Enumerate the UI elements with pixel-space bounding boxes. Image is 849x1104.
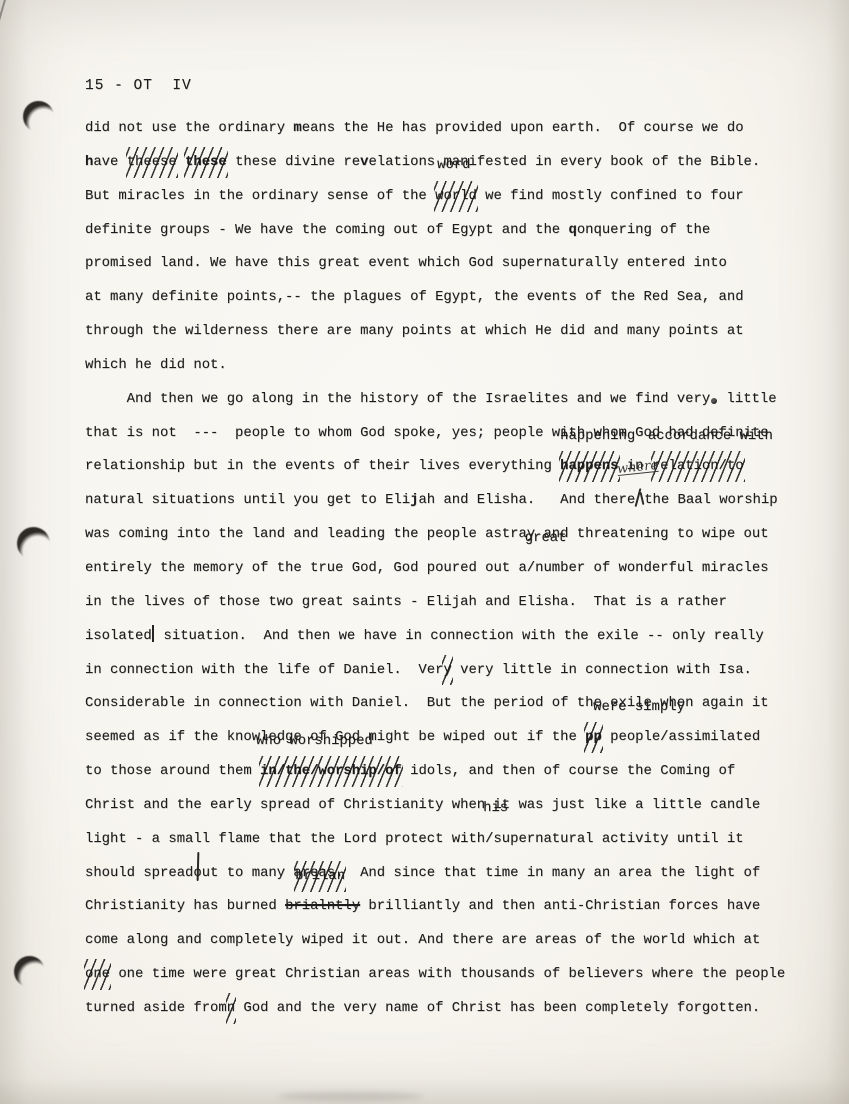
text-line: definite groups - We have the coming out…	[85, 214, 825, 248]
punch-hole	[23, 101, 54, 132]
text-line: Christ and the early spread of Christian…	[85, 789, 825, 823]
insertion-text: were simply	[593, 691, 685, 725]
text-segment: through the wilderness there are many po…	[85, 323, 744, 339]
text-segment: isolated	[85, 628, 152, 644]
text-segment: idols, and then of course the Coming of	[402, 763, 735, 779]
text-line: come along and completely wiped it out. …	[85, 924, 825, 958]
text-line: Christianity has burned brilanbrialntly …	[85, 890, 825, 924]
struck-out-text: world	[435, 180, 477, 214]
struck-out-text: happens	[560, 450, 618, 484]
typed-text-body: did not use the ordinary means the He ha…	[85, 112, 825, 1026]
text-line: which he did not.	[85, 349, 825, 383]
text-segment: people/assimilated	[602, 729, 760, 745]
punch-hole	[15, 525, 52, 562]
text-segment: in the lives of those two great saints -…	[85, 594, 727, 610]
insertion-text: brilan	[295, 860, 345, 894]
text-segment: natural situations until you get to Eli	[85, 492, 410, 508]
insertion-text: who worshipped	[256, 725, 373, 759]
insertion-text: accordance with	[648, 420, 773, 454]
text-segment: And then we go along in the history of t…	[85, 391, 710, 407]
text-segment: Christianity has burned	[85, 898, 285, 914]
text-line: natural situations until you get to Elij…	[85, 484, 825, 518]
text-segment: one time were great Christian areas with…	[110, 966, 785, 982]
struck-out-text: one	[85, 958, 110, 992]
text-line: turned aside fromn God and the very name…	[85, 992, 825, 1026]
text-segment: ave	[93, 154, 126, 170]
overtyped-text: m	[293, 120, 301, 136]
scan-smudge	[278, 1092, 423, 1101]
text-segment: did not use the ordinary	[85, 120, 293, 136]
text-segment: eans the He has provided upon earth. Of …	[302, 120, 744, 136]
text-line: And then we go along in the history of t…	[85, 383, 825, 417]
text-line: to those around them who worshippedin/th…	[85, 755, 825, 789]
text-line: did not use the ordinary means the He ha…	[85, 112, 825, 146]
struck-out-text: brialntly	[285, 898, 360, 914]
text-line: through the wilderness there are many po…	[85, 315, 825, 349]
text-segment: little	[718, 391, 776, 407]
insertion-text: great	[525, 522, 567, 556]
document-page: 15 - OT IV did not use the ordinary mean…	[0, 0, 849, 1104]
struck-out-text: these	[185, 146, 227, 180]
text-segment	[177, 154, 185, 170]
text-segment: light - a small flame that the Lord prot…	[85, 831, 485, 847]
text-segment: /supernatural activity until it	[485, 831, 743, 847]
struck-out-text: n	[227, 992, 235, 1026]
text-line: should spreadout to many areas. And sinc…	[85, 857, 825, 891]
insertion-text: happening	[560, 420, 635, 454]
text-segment: the Baal worship	[644, 492, 777, 508]
text-segment: we find mostly confined to four	[477, 188, 744, 204]
text-segment: come along and completely wiped it out. …	[85, 932, 760, 948]
text-segment: situation. And then we have in connectio…	[155, 628, 764, 644]
text-segment: /number of wonderful miracles	[527, 560, 769, 576]
text-segment: very little in connection with Isa.	[452, 662, 752, 678]
struck-out-text: pp	[585, 721, 602, 755]
handwritten-word: where	[616, 449, 660, 487]
text-line: entirely the memory of the true God, God…	[85, 552, 825, 586]
text-segment: should spread	[85, 865, 193, 881]
punch-hole	[13, 955, 46, 988]
text-line: one one time were great Christian areas …	[85, 958, 825, 992]
text-segment: entirely the memory of the true God, God…	[85, 560, 527, 576]
text-segment: which he did not.	[85, 357, 227, 373]
pen-struck-letter: o	[193, 857, 201, 891]
vertical-stroke-mark	[152, 625, 154, 642]
overtyped-text: q	[568, 222, 576, 238]
text-segment: at many definite points,-- the plagues o…	[85, 289, 744, 305]
text-segment: in connection with the life of Daniel. V…	[85, 662, 443, 678]
struck-out-text: relation/to	[652, 450, 744, 484]
text-segment: definite groups - We have the coming out…	[85, 222, 568, 238]
text-segment: ah and Elisha. And there	[418, 492, 635, 508]
text-line: isolated situation. And then we have in …	[85, 620, 825, 654]
page-header: 15 - OT IV	[85, 72, 192, 100]
text-line: seemed as if the knowledge of God might …	[85, 721, 825, 755]
text-segment: turned aside from	[85, 1000, 227, 1016]
text-segment: onquering of the	[577, 222, 710, 238]
text-segment: God and the very name of Christ has been…	[235, 1000, 760, 1016]
struck-out-text: y	[443, 654, 451, 688]
text-line: was coming into the land and leading the…	[85, 518, 825, 552]
text-line: Considerable in connection with Daniel. …	[85, 687, 825, 721]
text-segment: was coming into the land and leading the…	[85, 526, 769, 542]
text-segment: promised land. We have this great event …	[85, 255, 727, 271]
text-line: But miracles in the ordinary sense of th…	[85, 180, 825, 214]
text-line: at many definite points,-- the plagues o…	[85, 281, 825, 315]
struck-out-text: theese	[127, 146, 177, 180]
text-line: light - a small flame that the Lord prot…	[85, 823, 825, 857]
text-segment: But miracles in the ordinary sense of th…	[85, 188, 435, 204]
text-line: in connection with the life of Daniel. V…	[85, 654, 825, 688]
text-line: in the lives of those two great saints -…	[85, 586, 825, 620]
text-segment: elations manifested in every book of the…	[368, 154, 760, 170]
struck-out-text: in/the/worship/of	[260, 755, 402, 789]
insertion-text: his	[483, 792, 508, 826]
insertion-text: word	[437, 149, 470, 183]
text-segment: brilliantly and then anti-Christian forc…	[360, 898, 760, 914]
text-line: relationship but in the events of their …	[85, 450, 825, 484]
ink-blob	[711, 398, 717, 404]
corner-pen-slash-mark	[0, 0, 7, 41]
text-segment: Christ and the early spread of Christian…	[85, 797, 760, 813]
text-segment: these divine re	[227, 154, 360, 170]
text-segment: relationship but in the events of their …	[85, 458, 560, 474]
text-segment: ut to many areas. And since that time in…	[202, 865, 761, 881]
text-line: promised land. We have this great event …	[85, 247, 825, 281]
caret-mark	[635, 489, 644, 503]
text-segment: to those around them	[85, 763, 260, 779]
